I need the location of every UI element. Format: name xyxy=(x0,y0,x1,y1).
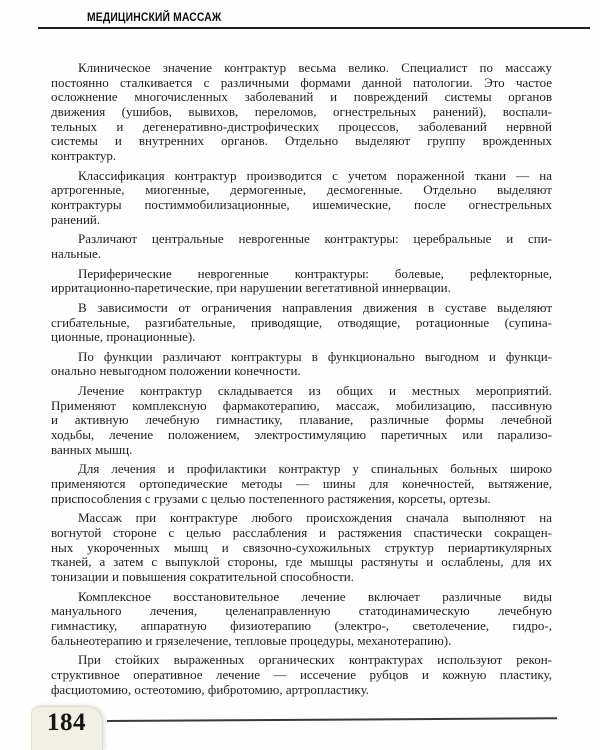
text-line: гимнастику, аппаратную физиотерапию (эле… xyxy=(51,619,552,634)
paragraph: Различают центральные неврогенные контра… xyxy=(51,232,552,261)
text-line: структивное оперативное лечение — иссече… xyxy=(51,668,552,683)
text-line: Клиническое значение контрактур весьма в… xyxy=(51,61,552,76)
footer-rule xyxy=(107,717,557,722)
text-line: мануального лечения, целенаправленную ст… xyxy=(51,604,552,619)
text-line: При стойких выраженных органических конт… xyxy=(51,653,552,668)
text-line: онально невыгодном положении конечности. xyxy=(51,364,552,379)
body-text: Клиническое значение контрактур весьма в… xyxy=(51,61,552,702)
text-line: и активную лечебную гимнастику, плавание… xyxy=(51,413,552,428)
paragraph: Комплексное восстановительное лечение вк… xyxy=(51,590,552,649)
text-line: движения (ушибов, вывихов, переломов, ог… xyxy=(51,105,552,120)
running-header-title: МЕДИЦИНСКИЙ МАССАЖ xyxy=(87,10,221,24)
text-line: Классификация контрактур производится с … xyxy=(51,169,552,184)
text-line: ирритационно-паретические, при нарушении… xyxy=(51,281,552,296)
paragraph: Для лечения и профилактики контрактур у … xyxy=(51,462,552,506)
paragraph: Периферические неврогенные контрактуры: … xyxy=(51,267,552,296)
paragraph: Клиническое значение контрактур весьма в… xyxy=(51,61,552,164)
text-line: Различают центральные неврогенные контра… xyxy=(51,232,552,247)
text-line: тканей, а затем с выпуклой стороны, где … xyxy=(51,555,552,570)
text-line: контрактуры постиммобилизационные, ишеми… xyxy=(51,198,552,213)
text-line: Применяют комплексную фармакотерапию, ма… xyxy=(51,399,552,414)
text-line: контрактур. xyxy=(51,149,552,164)
text-line: Лечение контрактур складывается из общих… xyxy=(51,384,552,399)
paragraph: Лечение контрактур складывается из общих… xyxy=(51,384,552,457)
text-line: сгибательные, разгибательные, приводящие… xyxy=(51,316,552,331)
paragraph: Классификация контрактур производится с … xyxy=(51,169,552,228)
text-line: В зависимости от ограничения направления… xyxy=(51,301,552,316)
text-line: системы и внутренних органов. Отдельно в… xyxy=(51,134,552,149)
text-line: тонизации и повышения сократительной спо… xyxy=(51,570,552,585)
text-line: применяются ортопедические методы — шины… xyxy=(51,477,552,492)
text-line: ционные, пронационные). xyxy=(51,330,552,345)
text-line: нальные. xyxy=(51,247,552,262)
text-line: По функции различают контрактуры в функц… xyxy=(51,350,552,365)
text-line: бальнеотерапию и грязелечение, тепловые … xyxy=(51,634,552,649)
page-number: 184 xyxy=(47,709,86,737)
text-line: приспособления с грузами с целью постепе… xyxy=(51,492,552,507)
text-line: Массаж при контрактуре любого происхожде… xyxy=(51,511,552,526)
text-line: Комплексное восстановительное лечение вк… xyxy=(51,590,552,605)
paragraph: Массаж при контрактуре любого происхожде… xyxy=(51,511,552,584)
text-line: Для лечения и профилактики контрактур у … xyxy=(51,462,552,477)
text-line: артрогенные, миогенные, дермогенные, дес… xyxy=(51,183,552,198)
book-page: МЕДИЦИНСКИЙ МАССАЖ Клиническое значение … xyxy=(0,0,600,750)
text-line: ранений. xyxy=(51,213,552,228)
paragraph: По функции различают контрактуры в функц… xyxy=(51,350,552,379)
text-line: фасциотомию, остеотомию, фибротомию, арт… xyxy=(51,683,552,698)
text-line: ванных мышц. xyxy=(51,443,552,458)
text-line: осложнение многочисленных заболеваний и … xyxy=(51,90,552,105)
text-line: ных укороченных мышц и связочно-сухожиль… xyxy=(51,541,552,556)
text-line: Периферические неврогенные контрактуры: … xyxy=(51,267,552,282)
paragraph: В зависимости от ограничения направления… xyxy=(51,301,552,345)
text-line: тельных и дегенеративно-дистрофических п… xyxy=(51,120,552,135)
header-rule xyxy=(38,27,590,29)
text-line: вогнутой стороне с целью расслабления и … xyxy=(51,526,552,541)
text-line: постоянно сталкивается с различными форм… xyxy=(51,76,552,91)
text-line: ходьбы, лечение положением, электростиму… xyxy=(51,428,552,443)
paragraph: При стойких выраженных органических конт… xyxy=(51,653,552,697)
